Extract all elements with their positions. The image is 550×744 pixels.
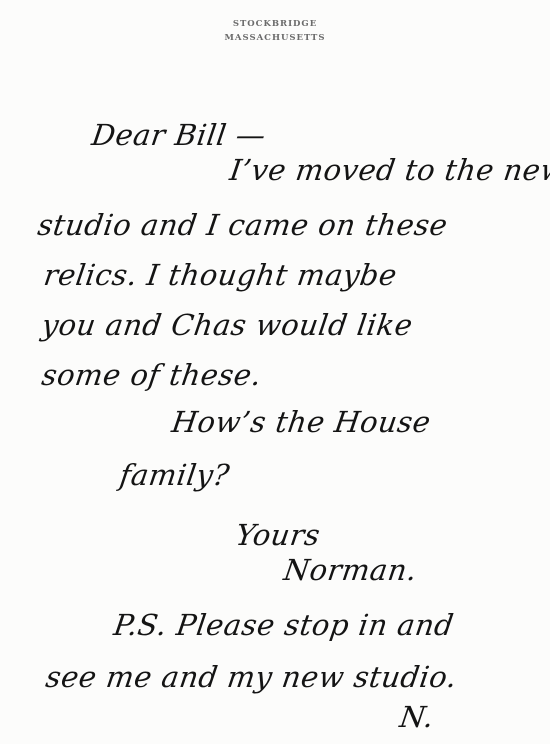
salutation: Dear Bill — — [90, 118, 268, 152]
body-line: studio and I came on these — [36, 208, 450, 242]
body-line: you and Chas would like — [40, 308, 415, 342]
closing: Yours — [234, 518, 323, 552]
letter-page: STOCKBRIDGE MASSACHUSETTS Dear Bill — I’… — [0, 0, 550, 744]
postscript-line: P.S. Please stop in and — [112, 608, 456, 642]
body-line: some of these. — [40, 358, 264, 392]
initial-signature: N. — [398, 700, 437, 734]
body-line: I’ve moved to the new — [228, 153, 550, 187]
signature: Norman. — [282, 553, 420, 587]
postscript-line: see me and my new studio. — [44, 660, 460, 694]
letterhead-state: MASSACHUSETTS — [0, 33, 550, 43]
letterhead-city: STOCKBRIDGE — [0, 19, 550, 29]
body-line: relics. I thought maybe — [42, 258, 400, 292]
body-line: How’s the House — [170, 405, 433, 439]
body-line: family? — [118, 458, 232, 492]
